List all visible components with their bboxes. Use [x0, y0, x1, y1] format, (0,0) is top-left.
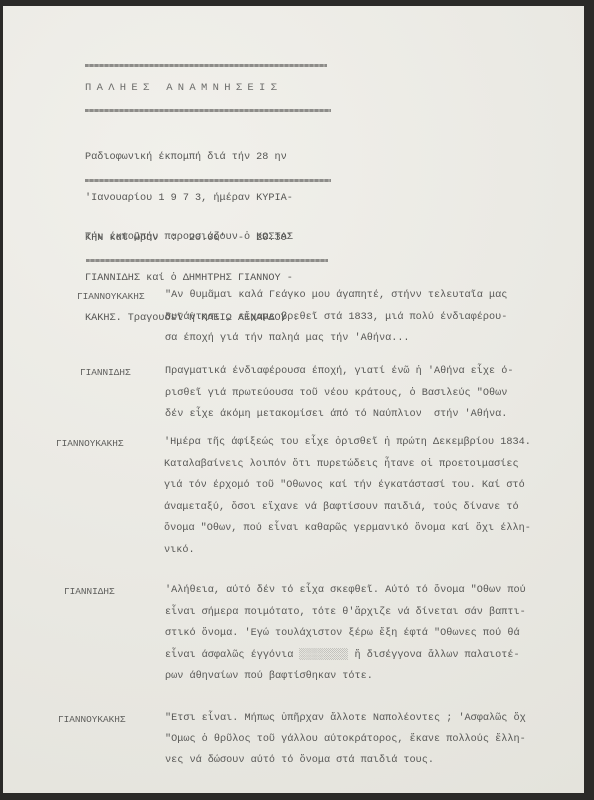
speech-line: στικό ὅνομα. 'Εγώ τουλάχιστον ξέρω ἕξη έ…: [165, 623, 565, 645]
broadcast-info-line: 'Ιανουαρίου 1 9 7 3, ήμέραν ΚΥΡΙΑ-: [85, 192, 293, 206]
speech-line: εἶναι άσφαλῶς έγγόνια ░░░░░░░░ ἤ δισέγγο…: [165, 645, 565, 667]
presenters-rule: [86, 259, 328, 262]
speaker-label: ΓΙΑΝΝΙΔΗΣ: [64, 586, 115, 597]
presenters-info-line: Τήν έκπομπήν παρουσιάζουν ὁ ΚΩΣΤΑΣ: [85, 231, 299, 245]
speaker-label: ΓΙΑΝΝΟΥΚΑΚΗΣ: [58, 714, 126, 725]
speech-line: 'Ημέρα τῆς άφίξεώς του εἶχε ὁρισθεῖ ἡ πρ…: [164, 432, 564, 454]
speech-block: Πραγματικά ένδιαφέρουσα έποχή, γιατί ένῶ…: [165, 361, 565, 426]
speech-line: νες νά δώσουν αύτό τό ὅνομα στά παιδιά τ…: [165, 750, 565, 771]
speech-line: "Αν θυμᾶμαι καλά Γεάγκο μου άγαπητέ, στή…: [165, 285, 565, 307]
speech-line: "Ετσι εἶναι. Μήπως ὑπῆρχαν ἄλλοτε Ναπολέ…: [165, 708, 565, 729]
speech-line: άναμεταξύ, ὅσοι εἴχανε νά βαφτίσουν παιδ…: [164, 497, 564, 519]
speech-line: συνάντησι , εἴχαμε βρεθεῖ στά 1833, μιά …: [165, 307, 565, 329]
broadcast-info-line: Ραδιοφωνική έκπομπή διά τήν 28 ην: [85, 151, 293, 165]
speaker-label: ΓΙΑΝΝΙΔΗΣ: [80, 367, 131, 378]
broadcast-rule: [85, 179, 331, 182]
speech-line: "Ομως ὁ θρῦλος τοῦ γάλλου αύτοκράτορος, …: [165, 729, 565, 750]
speech-block: 'Ημέρα τῆς άφίξεώς του εἶχε ὁρισθεῖ ἡ πρ…: [164, 432, 564, 562]
speech-line: εἶναι σήμερα ποιμότατο, τότε θ'ἄρχιζε νά…: [165, 602, 565, 624]
speech-block: "Αν θυμᾶμαι καλά Γεάγκο μου άγαπητέ, στή…: [165, 285, 565, 350]
speech-line: ρων άθηναίων πού βαφτίσθηκαν τότε.: [165, 666, 565, 688]
presenters-info-line: ΓΙΑΝΝΙΔΗΣ καί ὁ ΔΗΜΗΤΡΗΣ ΓΙΑΝΝΟΥ -: [85, 272, 299, 286]
document-title: ΠΑΛΗΕΣ ΑΝΑΜΝΗΣΕΙΣ: [85, 82, 282, 94]
title-rule: [85, 109, 331, 112]
speech-line: γιά τόν έρχομό τοῦ "Οθωνος καί τήν έγκατ…: [164, 475, 564, 497]
speech-line: σα έποχή γιά τήν παληά μας τήν 'Αθήνα...: [165, 328, 565, 350]
speech-block: "Ετσι εἶναι. Μήπως ὑπῆρχαν ἄλλοτε Ναπολέ…: [165, 708, 565, 771]
speech-line: ὅνομα "Οθων, πού εἶναι καθαρῶς γερμανικό…: [164, 518, 564, 540]
speech-line: Πραγματικά ένδιαφέρουσα έποχή, γιατί ένῶ…: [165, 361, 565, 383]
speaker-label: ΓΙΑΝΝΟΥΚΑΚΗΣ: [56, 438, 124, 449]
typewritten-page: ΠΑΛΗΕΣ ΑΝΑΜΝΗΣΕΙΣ Ραδιοφωνική έκπομπή δι…: [3, 6, 584, 793]
speech-line: νικό.: [164, 540, 564, 562]
speaker-label: ΓΙΑΝΝΟΥΚΑΚΗΣ: [77, 291, 145, 302]
speech-line: 'Αλήθεια, αύτό δέν τό εἶχα σκεφθεῖ. Αύτό…: [165, 580, 565, 602]
speech-line: ρισθεῖ γιά πρωτεύουσα τοῦ νέου κράτους, …: [165, 383, 565, 405]
top-rule: [85, 64, 327, 67]
speech-line: δέν εἶχε άκόμη μετακομίσει άπό τό Ναύπλι…: [165, 404, 565, 426]
speech-line: Καταλαβαίνεις λοιπόν ὅτι πυρετώδεις ἦταν…: [164, 454, 564, 476]
speech-block: 'Αλήθεια, αύτό δέν τό εἶχα σκεφθεῖ. Αύτό…: [165, 580, 565, 688]
